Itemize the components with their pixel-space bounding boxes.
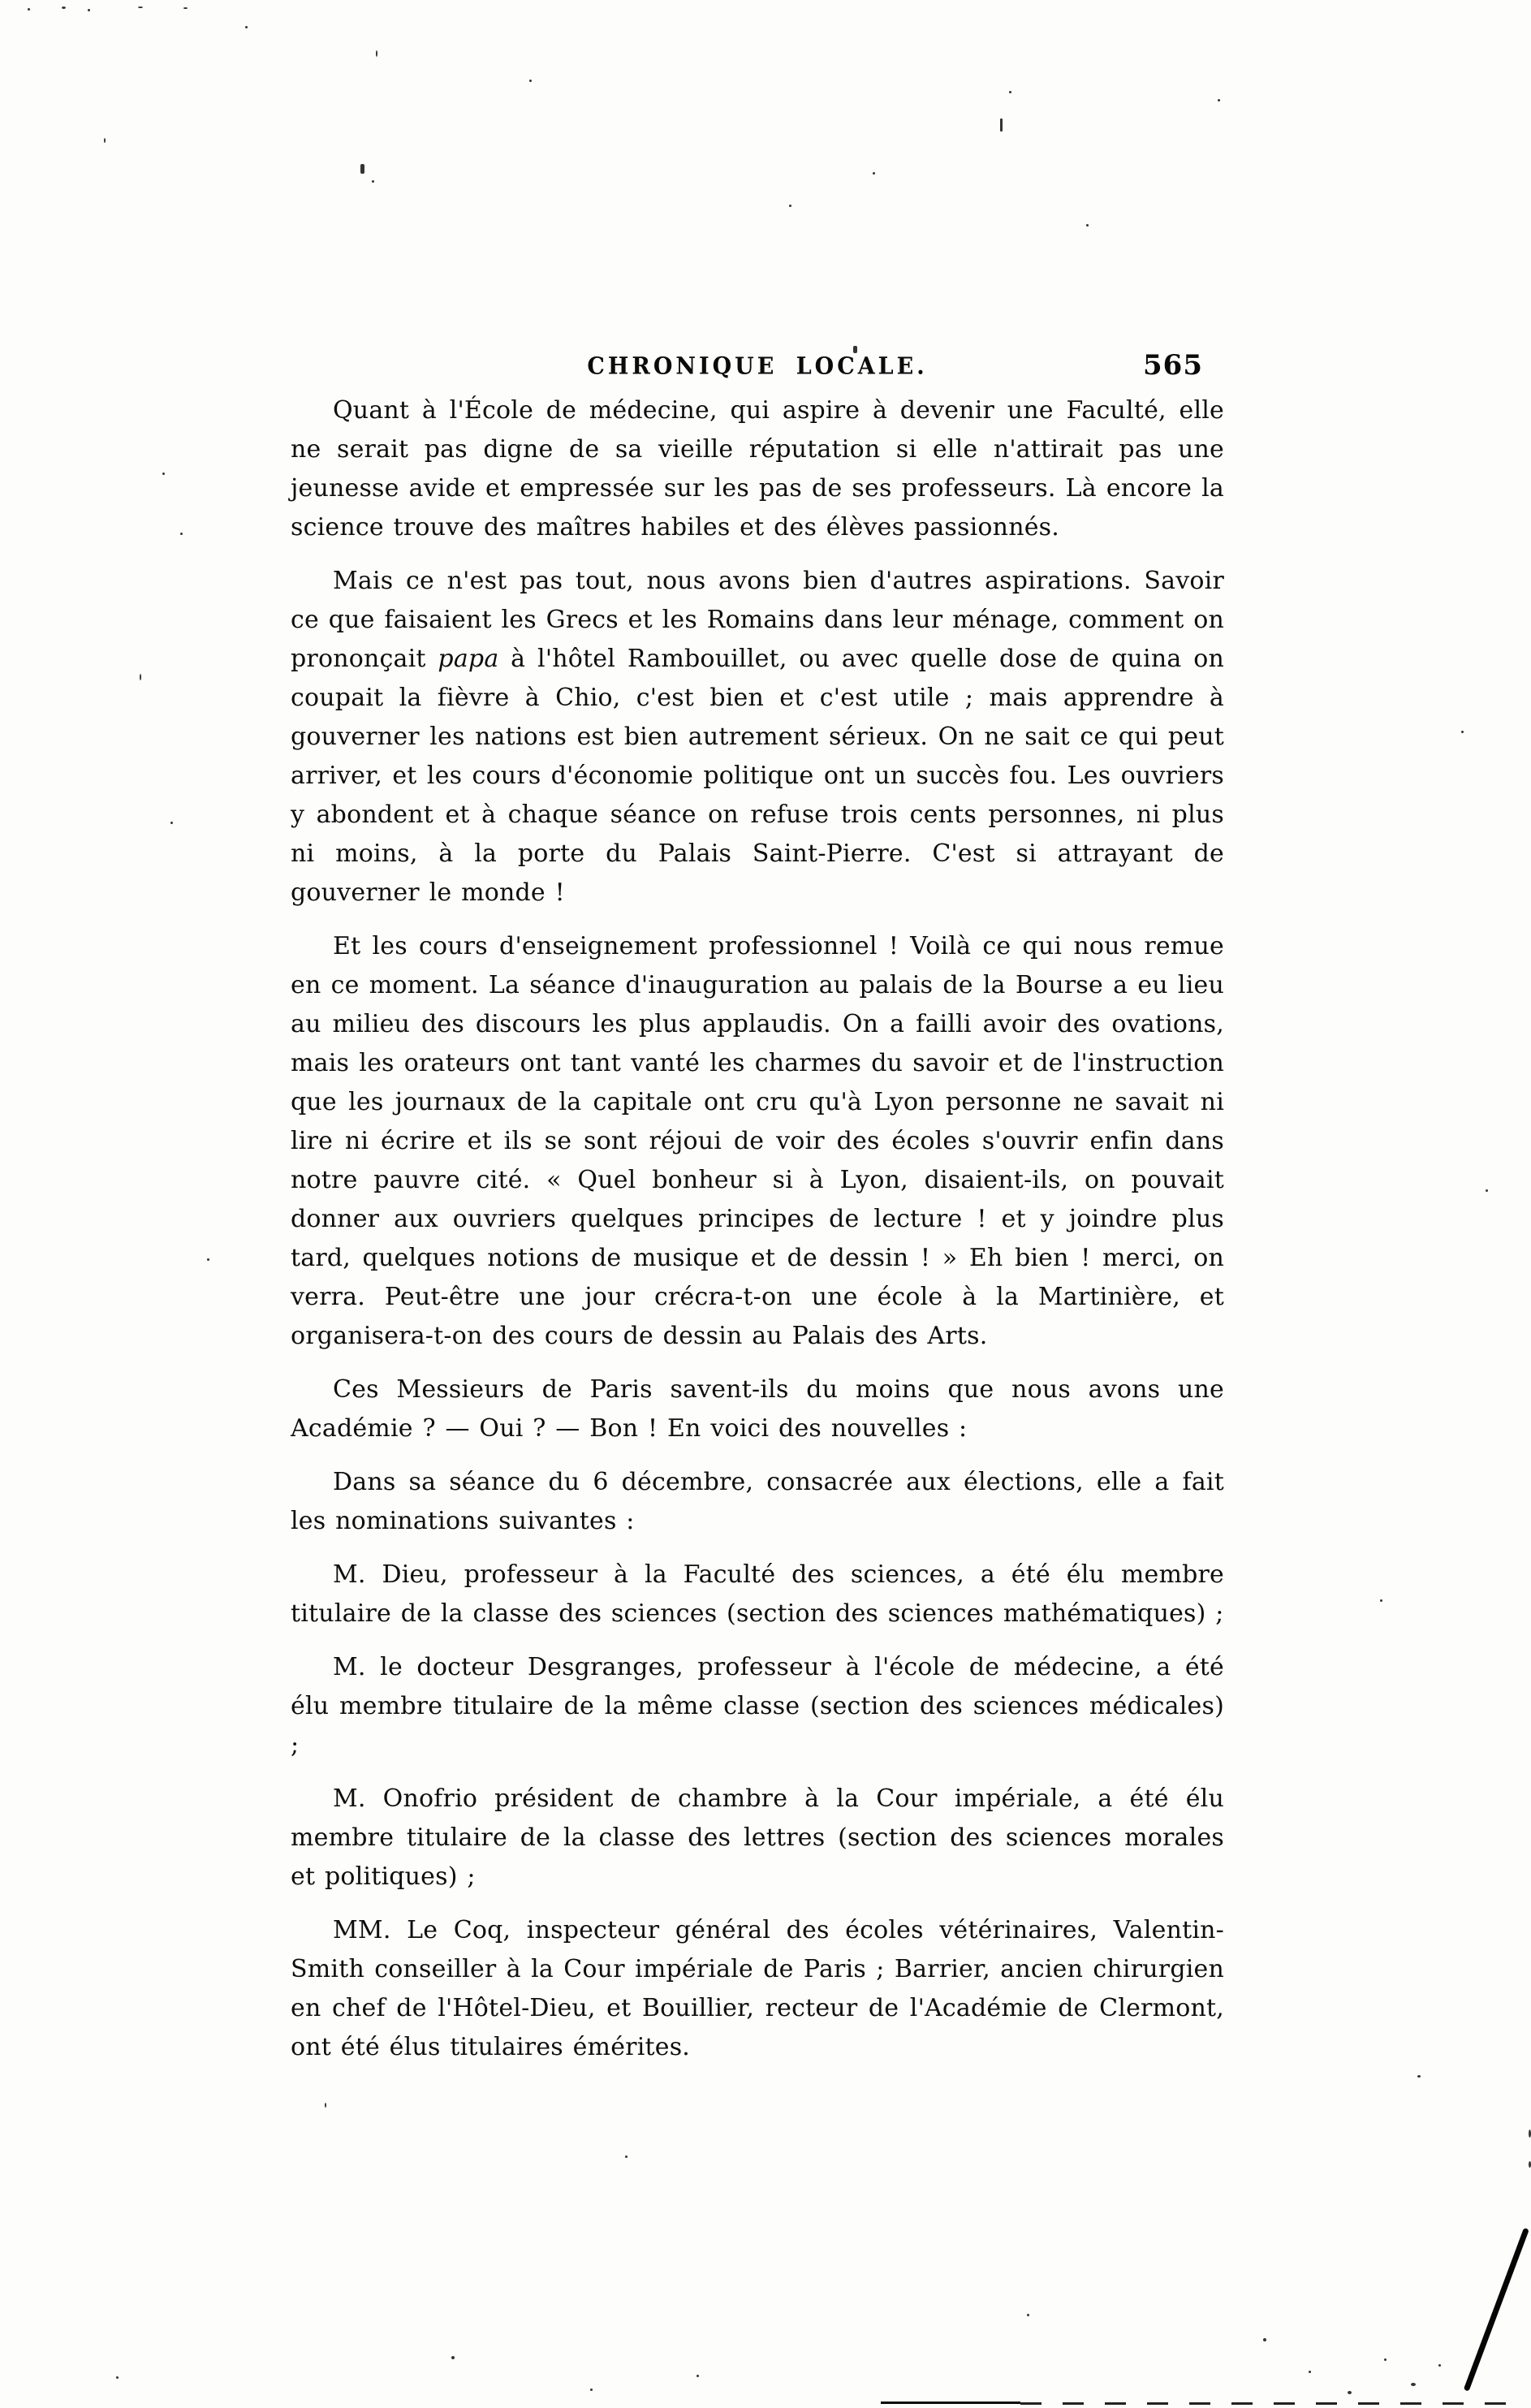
scan-speck xyxy=(529,80,532,82)
scan-speck xyxy=(325,2103,326,2108)
scan-speck xyxy=(28,8,30,11)
scan-speck xyxy=(451,2356,455,2359)
paragraph: Quant à l'École de médecine, qui aspire … xyxy=(291,391,1224,547)
scan-speck xyxy=(696,2375,699,2377)
scan-speck xyxy=(1309,2371,1311,2373)
paragraph: M. le docteur Desgranges, professeur à l… xyxy=(291,1648,1224,1765)
text-block: Quant à l'École de médecine, qui aspire … xyxy=(291,391,1224,2082)
paragraph: Mais ce n'est pas tout, nous avons bien … xyxy=(291,562,1224,913)
scan-speck xyxy=(1009,91,1011,93)
scan-speck xyxy=(1461,731,1464,733)
scan-speck xyxy=(245,26,248,28)
page-header: CHRONIQUE LOCALE. 565 xyxy=(291,354,1224,391)
paragraph: Ces Messieurs de Paris savent-ils du moi… xyxy=(291,1370,1224,1448)
scan-speck xyxy=(853,346,857,353)
page-number: 565 xyxy=(1143,349,1203,382)
scan-speck xyxy=(873,172,875,175)
scan-speck xyxy=(376,50,377,57)
paragraph: M. Onofrio président de chambre à la Cou… xyxy=(291,1780,1224,1897)
scan-speck xyxy=(183,7,188,9)
scan-speck xyxy=(1417,2075,1421,2078)
scan-speck xyxy=(1384,2358,1387,2361)
page-edge-line-dashes xyxy=(1020,2402,1507,2405)
paragraph: Et les cours d'enseignement professionne… xyxy=(291,927,1224,1356)
scan-speck xyxy=(1027,2314,1029,2316)
scan-speck xyxy=(1438,2364,1441,2367)
paragraph: Dans sa séance du 6 décembre, consacrée … xyxy=(291,1463,1224,1541)
scan-speck xyxy=(170,822,173,824)
scan-speck xyxy=(360,164,364,174)
scan-speck xyxy=(372,180,374,183)
page-edge-line xyxy=(881,2402,1020,2404)
scan-speck xyxy=(1411,2383,1416,2386)
scan-speck xyxy=(116,2376,119,2379)
scan-speck xyxy=(138,6,143,8)
scan-speck xyxy=(1380,1599,1382,1602)
scan-speck xyxy=(1218,99,1220,101)
scan-speck xyxy=(1263,2338,1266,2341)
paragraph-text: à l'hôtel Rambouillet, ou avec quelle do… xyxy=(291,645,1224,907)
scan-speck xyxy=(1086,224,1089,227)
scan-speck xyxy=(1000,119,1003,132)
scan-speck xyxy=(62,6,66,9)
scan-speck xyxy=(207,1258,209,1261)
ink-stroke xyxy=(1464,2228,1529,2392)
scan-speck xyxy=(1486,1189,1488,1192)
scan-speck xyxy=(1348,2391,1352,2394)
scan-speck xyxy=(162,473,165,475)
scan-speck xyxy=(180,533,183,535)
scan-speck xyxy=(789,205,791,207)
running-title: CHRONIQUE LOCALE. xyxy=(291,353,1224,380)
paragraph: MM. Le Coq, inspecteur général des école… xyxy=(291,1911,1224,2067)
scan-speck xyxy=(88,9,90,11)
scan-speck xyxy=(140,674,141,680)
italic-word: papa xyxy=(438,645,498,673)
scan-speck xyxy=(104,138,106,143)
book-page: CHRONIQUE LOCALE. 565 Quant à l'École de… xyxy=(0,0,1531,2408)
scan-speck xyxy=(590,2389,593,2391)
paragraph: M. Dieu, professeur à la Faculté des sci… xyxy=(291,1556,1224,1633)
scan-speck xyxy=(625,2156,627,2158)
